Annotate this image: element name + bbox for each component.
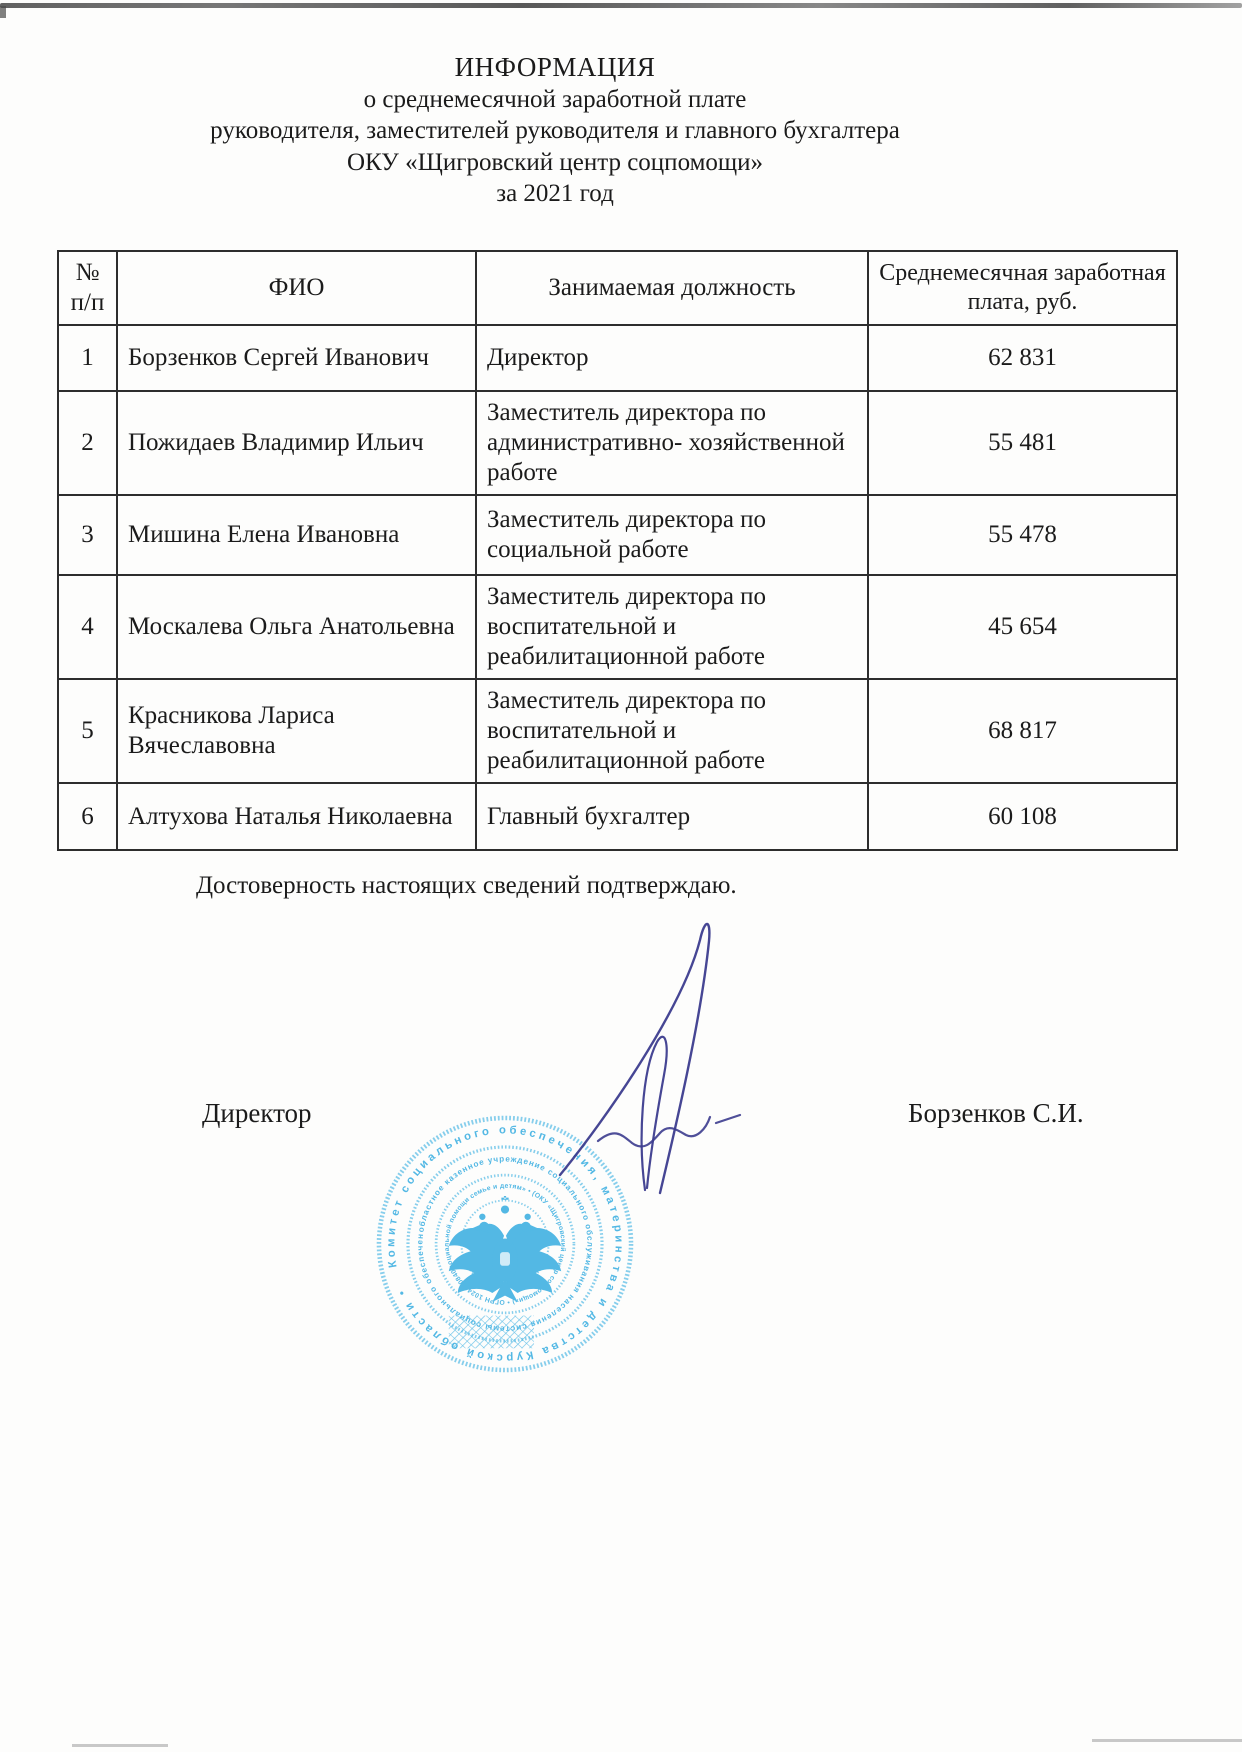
table-row: 3 Мишина Елена Ивановна Заместитель дире…: [58, 495, 1177, 575]
header-name: ФИО: [117, 251, 476, 325]
cell-position: Заместитель директора по административно…: [476, 391, 868, 495]
scan-artifact-bottom-left: [72, 1744, 168, 1747]
cell-salary: 62 831: [868, 325, 1177, 391]
cell-num: 4: [58, 575, 117, 679]
header-num: № п/п: [58, 251, 117, 325]
table-row: 6 Алтухова Наталья Николаевна Главный бу…: [58, 783, 1177, 850]
cell-position: Директор: [476, 325, 868, 391]
stamp-hatched-box: [449, 1316, 534, 1349]
signature-stroke: [642, 1037, 667, 1190]
cell-salary: 55 481: [868, 391, 1177, 495]
cell-name: Борзенков Сергей Иванович: [117, 325, 476, 391]
cell-name: Красникова Лариса Вячеславовна: [117, 679, 476, 783]
scan-artifact-blob: [0, 6, 6, 18]
cell-num: 2: [58, 391, 117, 495]
table-row: 2 Пожидаев Владимир Ильич Заместитель ди…: [58, 391, 1177, 495]
cell-salary: 55 478: [868, 495, 1177, 575]
cell-salary: 60 108: [868, 783, 1177, 850]
cell-position: Заместитель директора по воспитательной …: [476, 679, 868, 783]
signature-stroke: [560, 924, 709, 1193]
signer-name: Борзенков С.И.: [908, 1098, 1084, 1129]
handwritten-signature: [510, 895, 810, 1215]
header-salary-line2: плата, руб.: [879, 288, 1166, 317]
table-row: 5 Красникова Лариса Вячеславовна Замести…: [58, 679, 1177, 783]
cell-name: Пожидаев Владимир Ильич: [117, 391, 476, 495]
table-row: 1 Борзенков Сергей Иванович Директор 62 …: [58, 325, 1177, 391]
table-header-row: № п/п ФИО Занимаемая должность Среднемес…: [58, 251, 1177, 325]
cell-salary: 68 817: [868, 679, 1177, 783]
header-position: Занимаемая должность: [476, 251, 868, 325]
cell-num: 6: [58, 783, 117, 850]
header-num-line1: №: [69, 258, 106, 288]
salary-table: № п/п ФИО Занимаемая должность Среднемес…: [57, 250, 1178, 851]
table-row: 4 Москалева Ольга Анатольевна Заместител…: [58, 575, 1177, 679]
header-num-line2: п/п: [69, 288, 106, 318]
cell-num: 3: [58, 495, 117, 575]
document-subtitle-line: руководителя, заместителей руководителя …: [0, 115, 1110, 147]
document-subtitle-line: о среднемесячной заработной плате: [0, 84, 1110, 116]
signature-flourish: [598, 1115, 740, 1147]
document-header: ИНФОРМАЦИЯ о среднемесячной заработной п…: [0, 52, 1110, 210]
cell-name: Москалева Ольга Анатольевна: [117, 575, 476, 679]
signer-position-label: Директор: [202, 1098, 312, 1129]
scan-artifact-top-edge: [0, 3, 1242, 8]
cell-position: Главный бухгалтер: [476, 783, 868, 850]
cell-num: 5: [58, 679, 117, 783]
document-subtitle-line: за 2021 год: [0, 178, 1110, 210]
cell-position: Заместитель директора по воспитательной …: [476, 575, 868, 679]
header-salary-line1: Среднемесячная заработная: [879, 259, 1166, 288]
cell-num: 1: [58, 325, 117, 391]
cell-name: Алтухова Наталья Николаевна: [117, 783, 476, 850]
cell-position: Заместитель директора по социальной рабо…: [476, 495, 868, 575]
header-salary: Среднемесячная заработная плата, руб.: [868, 251, 1177, 325]
cell-name: Мишина Елена Ивановна: [117, 495, 476, 575]
cell-salary: 45 654: [868, 575, 1177, 679]
scan-artifact-bottom-right: [1092, 1739, 1242, 1742]
document-title: ИНФОРМАЦИЯ: [0, 52, 1110, 84]
scanned-document-page: ИНФОРМАЦИЯ о среднемесячной заработной п…: [0, 0, 1242, 1752]
document-subtitle-line: ОКУ «Щигровский центр соцпомощи»: [0, 147, 1110, 179]
